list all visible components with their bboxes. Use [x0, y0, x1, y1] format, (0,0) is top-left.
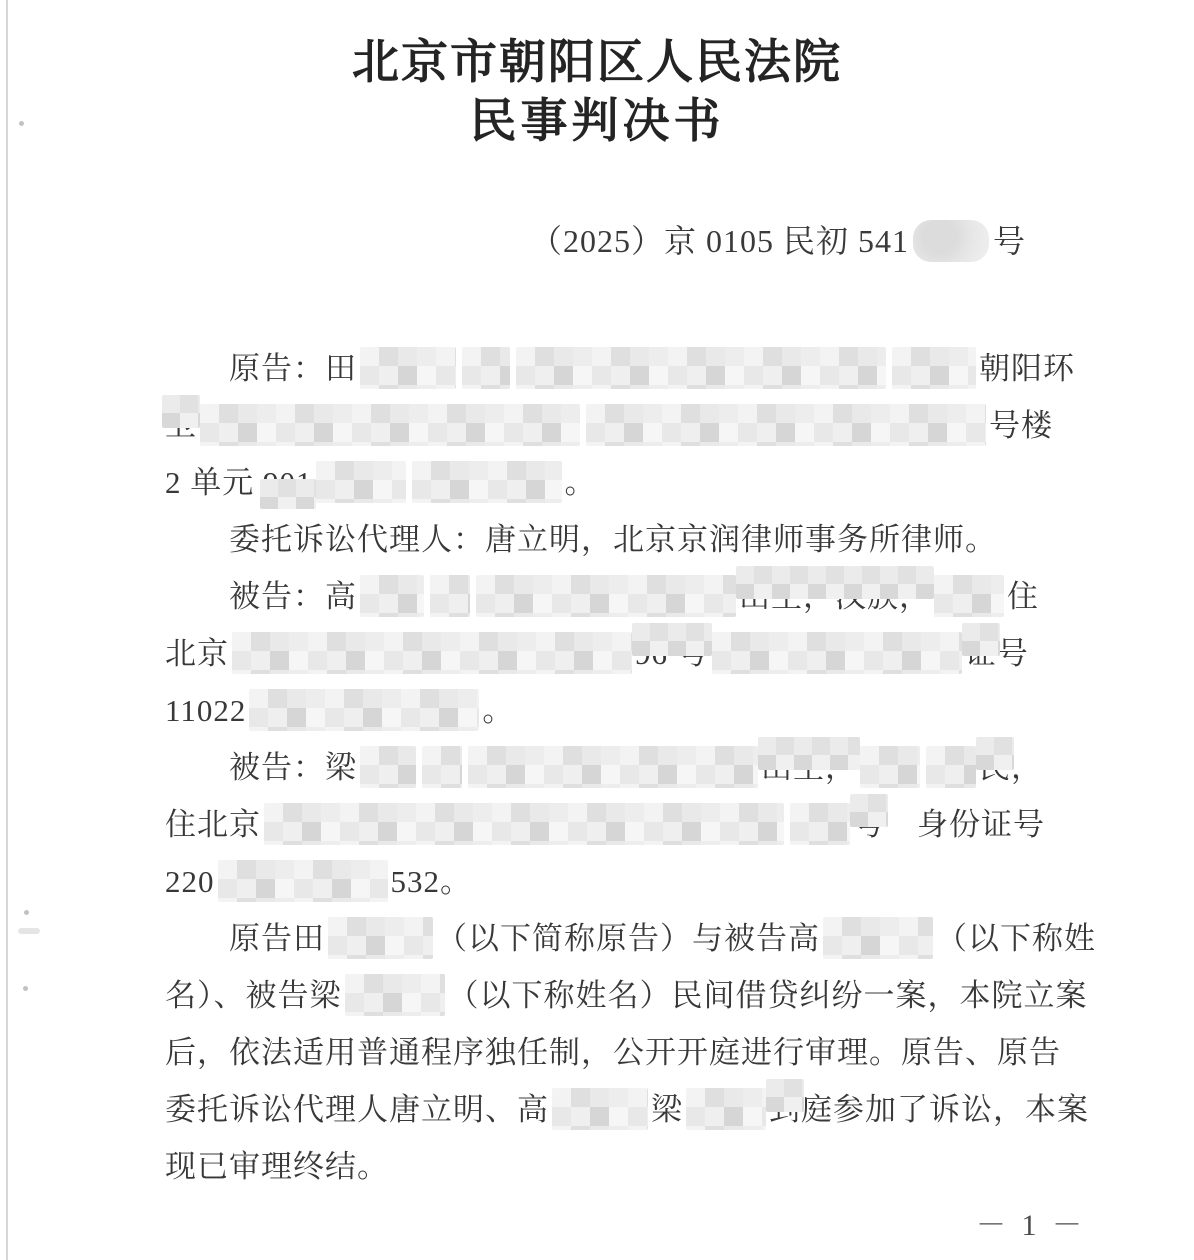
redaction-block — [249, 689, 479, 731]
case-number-line: （2025）京 0105 民初 541号 — [0, 216, 1194, 262]
document-line: 被告：梁出生，民， — [165, 739, 1154, 796]
scan-speck — [23, 986, 28, 991]
document-body: 原告：田朝阳环卫号楼2 单元 901。委托诉讼代理人：唐立明，北京京润律师事务所… — [165, 340, 1154, 1195]
document-line: 卫号楼 — [165, 397, 1154, 454]
document-line: 委托诉讼代理人唐立明、高梁到庭参加了诉讼，本案 — [165, 1081, 1154, 1138]
document-type-title: 民事判决书 — [0, 92, 1194, 150]
text-segment: 住北京 — [165, 807, 261, 842]
redaction-block — [422, 746, 462, 788]
scan-speck — [19, 121, 24, 126]
partially-redacted-text: 96 号 — [635, 625, 709, 682]
document-line: 现已审理终结。 — [165, 1138, 1154, 1195]
text-segment: 庭参加了诉讼，本案 — [801, 1092, 1089, 1127]
redaction-block — [264, 803, 784, 845]
document-line: 2 单元 901。 — [165, 454, 1154, 511]
document-line: 11022。 — [165, 682, 1154, 739]
text-segment: 220 — [165, 864, 215, 899]
redaction-block — [232, 632, 632, 674]
text-segment: ， — [1011, 750, 1043, 785]
redaction-block — [468, 746, 758, 788]
text-segment: 身份证号 — [885, 807, 1045, 842]
text-segment: 11022 — [165, 693, 246, 728]
redaction-block — [462, 347, 510, 389]
document-line: 后，依法适用普通程序独任制，公开开庭进行审理。原告、原告 — [165, 1024, 1154, 1081]
redaction-block — [892, 347, 976, 389]
document-page: 北京市朝阳区人民法院 民事判决书 （2025）京 0105 民初 541号 原告… — [0, 0, 1194, 1260]
redaction-block — [686, 1088, 766, 1130]
text-segment: 名）、被告梁 — [165, 978, 342, 1013]
redaction-block — [328, 917, 433, 959]
page-number: － 1 － — [976, 1200, 1086, 1244]
partially-redacted-text: 证 — [965, 625, 997, 682]
redaction-block — [345, 974, 445, 1016]
redaction-block — [926, 746, 976, 788]
redaction-block — [586, 404, 986, 446]
redaction-block — [412, 461, 562, 503]
redaction-block — [790, 803, 850, 845]
text-segment: 。 — [482, 693, 514, 728]
text-segment: 号 — [997, 636, 1029, 671]
redaction-block — [516, 347, 886, 389]
redaction-block — [860, 746, 920, 788]
partially-redacted-text: 出生， — [761, 739, 857, 796]
text-segment: （以下简称原告）与被告高 — [436, 921, 820, 956]
text-segment: 委托诉讼代理人：唐立明，北京京润律师事务所律师。 — [229, 522, 997, 557]
text-segment: 。 — [565, 465, 597, 500]
case-number-suffix: 号 — [993, 223, 1026, 259]
text-segment: 现已审理终结。 — [165, 1149, 389, 1184]
document-line: 名）、被告梁（以下称姓名）民间借贷纠纷一案，本院立案 — [165, 967, 1154, 1024]
case-number-prefix: （2025）京 0105 民初 541 — [530, 223, 909, 259]
text-segment: 住 — [1007, 579, 1039, 614]
document-line: 委托诉讼代理人：唐立明，北京京润律师事务所律师。 — [165, 511, 1154, 568]
scan-speck — [24, 910, 29, 915]
partially-redacted-text: 出生，汉族， — [739, 568, 931, 625]
redaction-block — [200, 404, 580, 446]
scan-smudge — [18, 928, 40, 934]
partially-redacted-text: 卫 — [165, 397, 197, 454]
redaction-block — [552, 1088, 648, 1130]
partially-redacted-text: 号 — [853, 796, 885, 853]
text-segment: 委托诉讼代理人唐立明、高 — [165, 1092, 549, 1127]
text-segment: 532。 — [391, 864, 473, 899]
text-segment: 原告：田 — [229, 351, 357, 386]
document-line: 被告：高出生，汉族，住 — [165, 568, 1154, 625]
redaction-block — [476, 575, 736, 617]
text-segment: 北京 — [165, 636, 229, 671]
text-segment: 后，依法适用普通程序独任制，公开开庭进行审理。原告、原告 — [165, 1035, 1061, 1070]
text-segment: 原告田 — [229, 921, 325, 956]
partially-redacted-text: 民 — [979, 739, 1011, 796]
redaction-block — [316, 461, 406, 503]
document-line: 北京96 号证号 — [165, 625, 1154, 682]
text-segment: 被告：高 — [229, 579, 357, 614]
redaction-block — [360, 575, 424, 617]
scan-edge-artifact — [6, 0, 8, 1260]
redaction-block — [913, 220, 989, 262]
text-segment: 号楼 — [989, 408, 1053, 443]
court-name: 北京市朝阳区人民法院 — [0, 32, 1194, 92]
document-line: 原告田（以下简称原告）与被告高（以下称姓 — [165, 910, 1154, 967]
redaction-block — [218, 860, 388, 902]
text-segment: （以下称姓名）民间借贷纠纷一案，本院立案 — [448, 978, 1088, 1013]
text-segment: 被告：梁 — [229, 750, 357, 785]
text-segment: （以下称姓 — [936, 921, 1096, 956]
document-header: 北京市朝阳区人民法院 民事判决书 — [0, 32, 1194, 150]
redaction-block — [360, 746, 416, 788]
document-line: 原告：田朝阳环 — [165, 340, 1154, 397]
text-segment: 2 单元 — [165, 465, 263, 500]
redaction-block — [934, 575, 1004, 617]
document-line: 住北京号 身份证号 — [165, 796, 1154, 853]
redaction-block — [712, 632, 962, 674]
redaction-block — [360, 347, 456, 389]
partially-redacted-text: 到 — [769, 1081, 801, 1138]
redaction-block — [823, 917, 933, 959]
partially-redacted-text: 901 — [263, 454, 313, 511]
redaction-block — [430, 575, 470, 617]
text-segment: 朝阳环 — [979, 351, 1075, 386]
text-segment: 梁 — [651, 1092, 683, 1127]
document-line: 220532。 — [165, 853, 1154, 910]
